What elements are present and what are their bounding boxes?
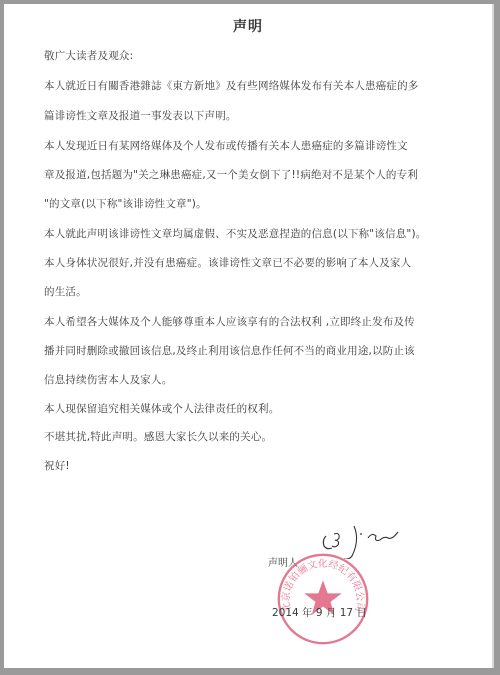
paragraph-line: 本人发现近日有某网络媒体及个人发布或传播有关本人患癌症的多篇诽谤性文 <box>44 138 408 153</box>
paragraph-line: 本人就近日有關香港雜誌《東方新地》及有些网络媒体发布有关本人患癌症的多 <box>44 78 419 93</box>
document-date: 2014 年 9 月 17 日 <box>272 605 367 620</box>
paragraph-line: 本人身体状况很好,并没有患癌症。该诽谤性文章已不必要的影响了本人及家人 <box>44 255 411 270</box>
salutation: 敬广大读者及观众: <box>44 48 133 63</box>
document-title: 声明 <box>4 16 492 36</box>
closing: 祝好! <box>44 458 70 473</box>
paragraph-line: "的文章(以下称"该诽谤性文章")。 <box>44 196 207 211</box>
document-page: 声明 敬广大读者及观众: 本人就近日有關香港雜誌《東方新地》及有些网络媒体发布有… <box>4 4 494 668</box>
paragraph-line: 章及报道,包括题为"关之琳患癌症,又一个美女倒下了!!病绝对不是某个人的专利 <box>44 167 418 182</box>
company-seal-stamp: 北京诺铂骊文化经纪有限公司 <box>276 552 370 646</box>
paragraph-line: 不堪其扰,特此声明。感恩大家长久以来的关心。 <box>44 429 272 444</box>
paragraph-line: 本人希望各大媒体及个人能够尊重本人应该享有的合法权利 ,立即终止发布及传 <box>44 314 415 329</box>
paragraph-line: 本人就此声明该诽谤性文章均属虚假、不实及恶意捏造的信息(以下称"该信息")。 <box>44 226 426 241</box>
paragraph-line: 信息持续伤害本人及家人。 <box>44 372 172 387</box>
paragraph-line: 的生活。 <box>44 284 87 299</box>
paragraph-line: 播并同时删除或撤回该信息,及终止利用该信息作任何不当的商业用途,以防止该 <box>44 343 415 358</box>
paragraph-line: 本人现保留追究相关媒体或个人法律责任的权利。 <box>44 401 279 416</box>
paragraph-line: 篇诽谤性文章及报道一事发表以下声明。 <box>44 108 237 123</box>
